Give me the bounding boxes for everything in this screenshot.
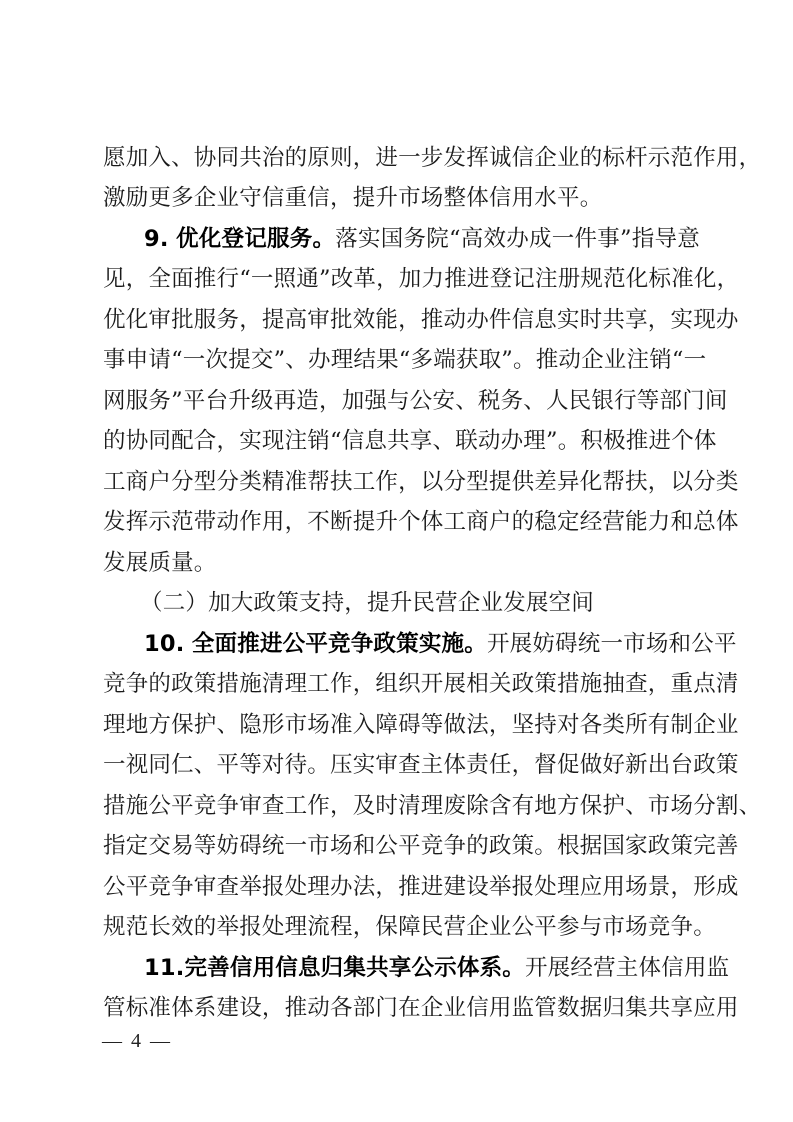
item-11-title: 完善信用信息归集共享公示体系。 (184, 955, 525, 981)
text-line: 工商户分型分类精准帮扶工作，以分型提供差异化帮扶，以分类 (103, 465, 700, 499)
text-line: 网服务”平台升级再造，加强与公安、税务、人民银行等部门间 (103, 384, 700, 418)
item-10-number: 10. (144, 631, 184, 657)
text-line: 的协同配合，实现注销“信息共享、联动办理”。积极推进个体 (103, 424, 700, 458)
text-line: 事申请“一次提交”、办理结果“多端获取”。推动企业注销“一 (103, 343, 700, 377)
text-line: 一视同仁、平等对待。压实审查主体责任，督促做好新出台政策 (103, 748, 700, 782)
text-line: 激励更多企业守信重信，提升市场整体信用水平。 (103, 181, 700, 215)
text-line: 公平竞争审查举报处理办法，推进建设举报处理应用场景，形成 (103, 870, 700, 904)
text-line: 竞争的政策措施清理工作，组织开展相关政策措施抽查，重点清 (103, 667, 700, 701)
text-line: 理地方保护、隐形市场准入障碍等做法，坚持对各类所有制企业 (103, 708, 700, 742)
text-line: 措施公平竞争审查工作，及时清理废除含有地方保护、市场分割、 (103, 789, 700, 823)
text-line: 见，全面推行“一照通”改革，加力推进登记注册规范化标准化， (103, 262, 700, 296)
text-line: 规范长效的举报处理流程，保障民营企业公平参与市场竞争。 (103, 910, 700, 944)
item-11-first-line: 11.完善信用信息归集共享公示体系。开展经营主体信用监 (144, 951, 700, 985)
text-line: 指定交易等妨碍统一市场和公平竞争的政策。根据国家政策完善 (103, 829, 700, 863)
text-line: 发挥示范带动作用，不断提升个体工商户的稳定经营能力和总体 (103, 505, 700, 539)
item-9-title: 优化登记服务。 (176, 226, 335, 252)
item-10-text: 开展妨碍统一市场和公平 (487, 631, 737, 657)
document-page: 愿加入、协同共治的原则，进一步发挥诚信企业的标杆示范作用， 激励更多企业守信重信… (0, 0, 793, 1122)
page-number: — 4 — (102, 1030, 172, 1053)
item-9-text: 落实国务院“高效办成一件事”指导意 (335, 226, 700, 252)
item-11-number: 11. (144, 955, 184, 981)
item-9-number: 9. (144, 226, 169, 252)
item-10-title: 全面推进公平竞争政策实施。 (192, 631, 487, 657)
item-10-first-line: 10. 全面推进公平竞争政策实施。开展妨碍统一市场和公平 (144, 627, 700, 661)
text-line: 发展质量。 (103, 546, 700, 580)
item-11-text: 开展经营主体信用监 (525, 955, 729, 981)
item-9-first-line: 9. 优化登记服务。落实国务院“高效办成一件事”指导意 (144, 222, 700, 256)
text-line: 优化审批服务，提高审批效能，推动办件信息实时共享，实现办 (103, 303, 700, 337)
text-line: 愿加入、协同共治的原则，进一步发挥诚信企业的标杆示范作用， (103, 141, 700, 175)
section-heading: （二）加大政策支持，提升民营企业发展空间 (140, 586, 696, 620)
text-line: 管标准体系建设，推动各部门在企业信用监管数据归集共享应用 (103, 991, 700, 1025)
